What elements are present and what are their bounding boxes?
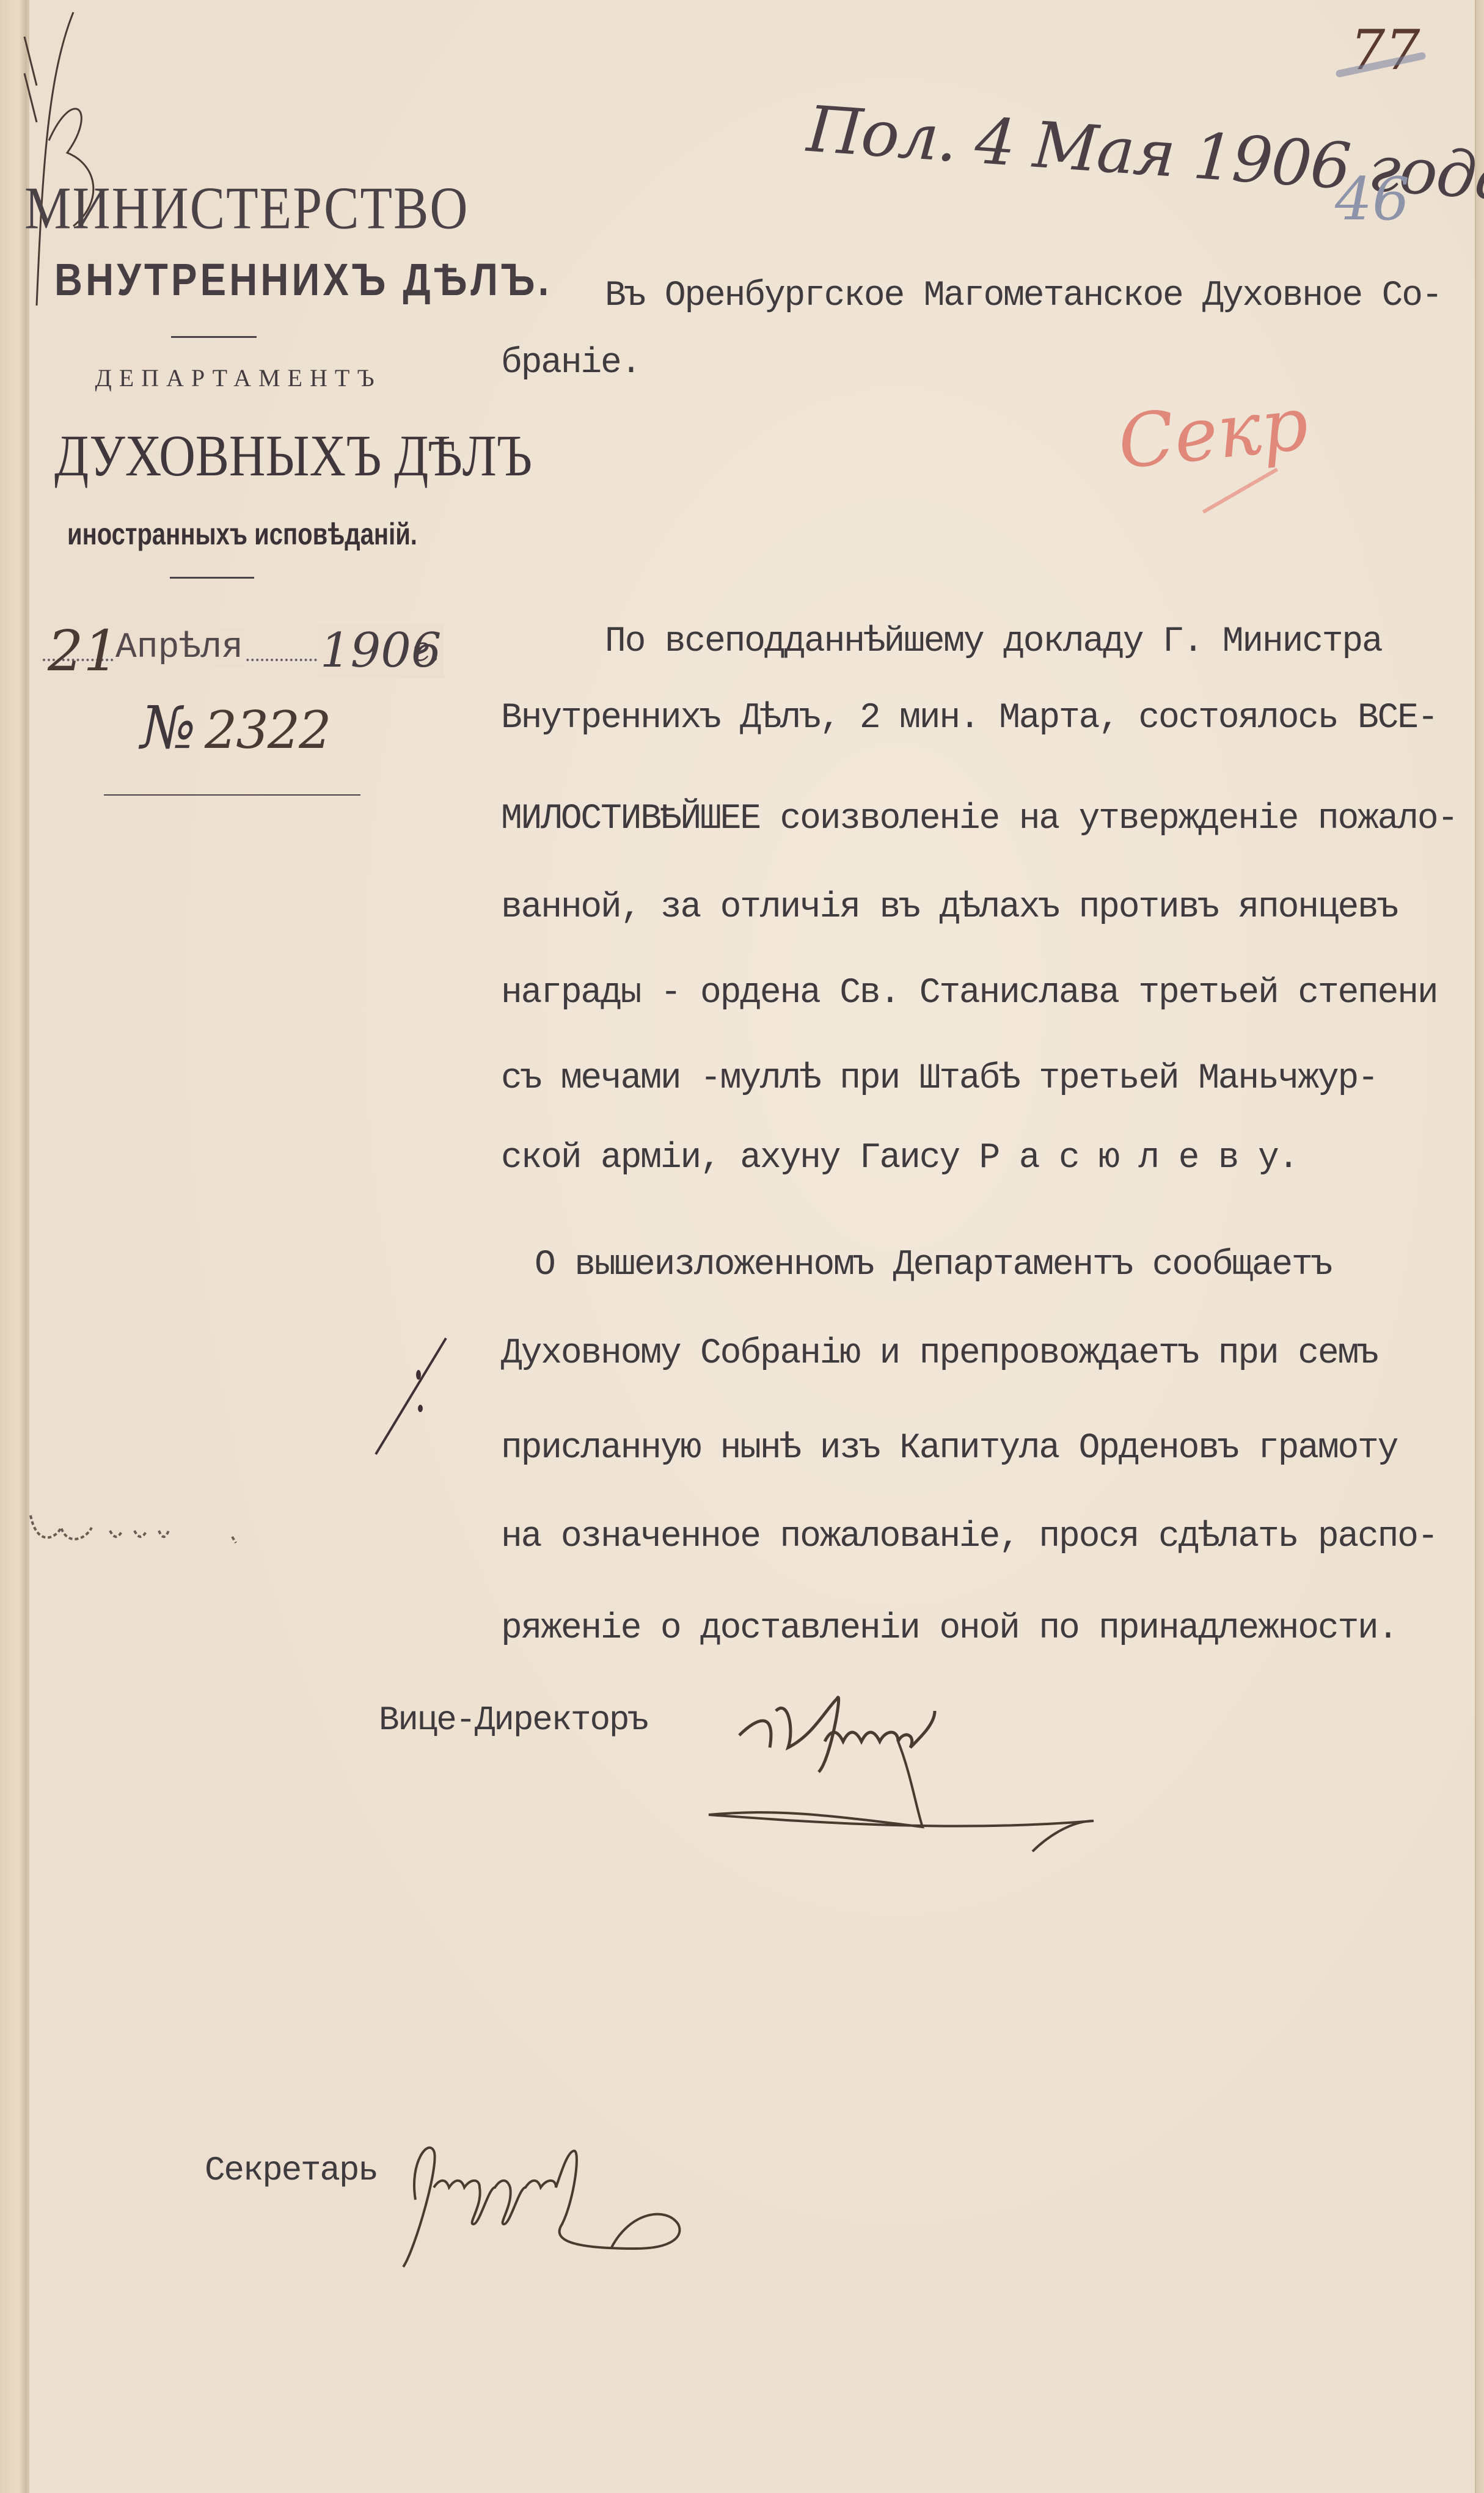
vice-director-signature — [703, 1674, 1191, 1858]
body-p1-line-5: награды - ордена Св. Станислава третьей … — [501, 973, 1437, 1013]
binding-strip — [0, 0, 27, 2493]
addressee-line-1: Въ Оренбургское Магометанское Духовное С… — [605, 276, 1441, 316]
body-p1-line-2: Внутреннихъ Дѣлъ, 2 мин. Марта, состояло… — [501, 698, 1437, 738]
body-p1-line-7: ской армiи, ахуну Гаису Р а с ю л е в у. — [501, 1138, 1298, 1178]
department-label: ДЕПАРТАМЕНТЪ — [24, 364, 452, 392]
date-year-suffix: г. — [412, 629, 440, 669]
department-name: ДУХОВНЫХЪ ДѢЛЪ — [54, 422, 422, 489]
body-p1-line-1: По всеподданнѣйшему докладу Г. Министра — [605, 622, 1382, 662]
date-month: Апрѣля — [113, 628, 246, 668]
body-p1-line-4: ванной, за отличiя въ дѣлахъ противъ япо… — [501, 888, 1397, 928]
secretary-signature — [391, 2126, 831, 2285]
body-p2-line-1: О вышеизложенномъ Департаментъ сообщаетъ — [535, 1245, 1331, 1285]
margin-scribble-mark — [18, 1503, 263, 1558]
letterhead-rule-3 — [104, 794, 360, 796]
body-p2-line-4: на означенное пожалованiе, прося сдѣлать… — [501, 1517, 1437, 1557]
secretary-label: Секретарь — [205, 2151, 378, 2190]
body-p1-line-3: МИЛОСТИВѢЙШЕЕ соизволенiе на утвержденiе… — [501, 799, 1457, 839]
next-page-edge — [1475, 0, 1484, 2493]
folio-number-current: 46 — [1335, 165, 1409, 233]
number-value: 2322 — [205, 700, 331, 760]
addressee-line-2: бранiе. — [501, 343, 640, 383]
letterhead-rule-2 — [170, 577, 254, 579]
ministry-title: МИНИСТЕРСТВО — [24, 173, 452, 243]
ministry-subtitle: ВНУТРЕННИХЪ ДѢЛЪ. — [54, 254, 422, 306]
body-p2-line-2: Духовному Собранiю и препровождаетъ при … — [501, 1334, 1378, 1374]
department-subtitle: иностранныхъ исповѣданій. — [67, 516, 409, 552]
body-p1-line-6: съ мечами -муллѣ при Штабѣ третьей Маньч… — [501, 1059, 1378, 1099]
document-number: № 2322 — [141, 694, 331, 762]
number-sign: № — [141, 694, 196, 762]
vice-director-label: Вице-Директоръ — [379, 1700, 648, 1740]
letter-date: 21 Апрѣля 1906 г. — [43, 623, 434, 672]
body-p2-line-5: ряженiе о доставленiи оной по принадлежн… — [501, 1609, 1397, 1649]
enclosure-slash-mark — [367, 1332, 452, 1466]
letterhead-rule-1 — [171, 336, 257, 338]
date-day: 21 — [48, 618, 119, 684]
body-p2-line-3: присланную нынѣ изъ Капитула Орденовъ гр… — [501, 1429, 1397, 1468]
folio-number-struck: 77 — [1350, 18, 1420, 82]
